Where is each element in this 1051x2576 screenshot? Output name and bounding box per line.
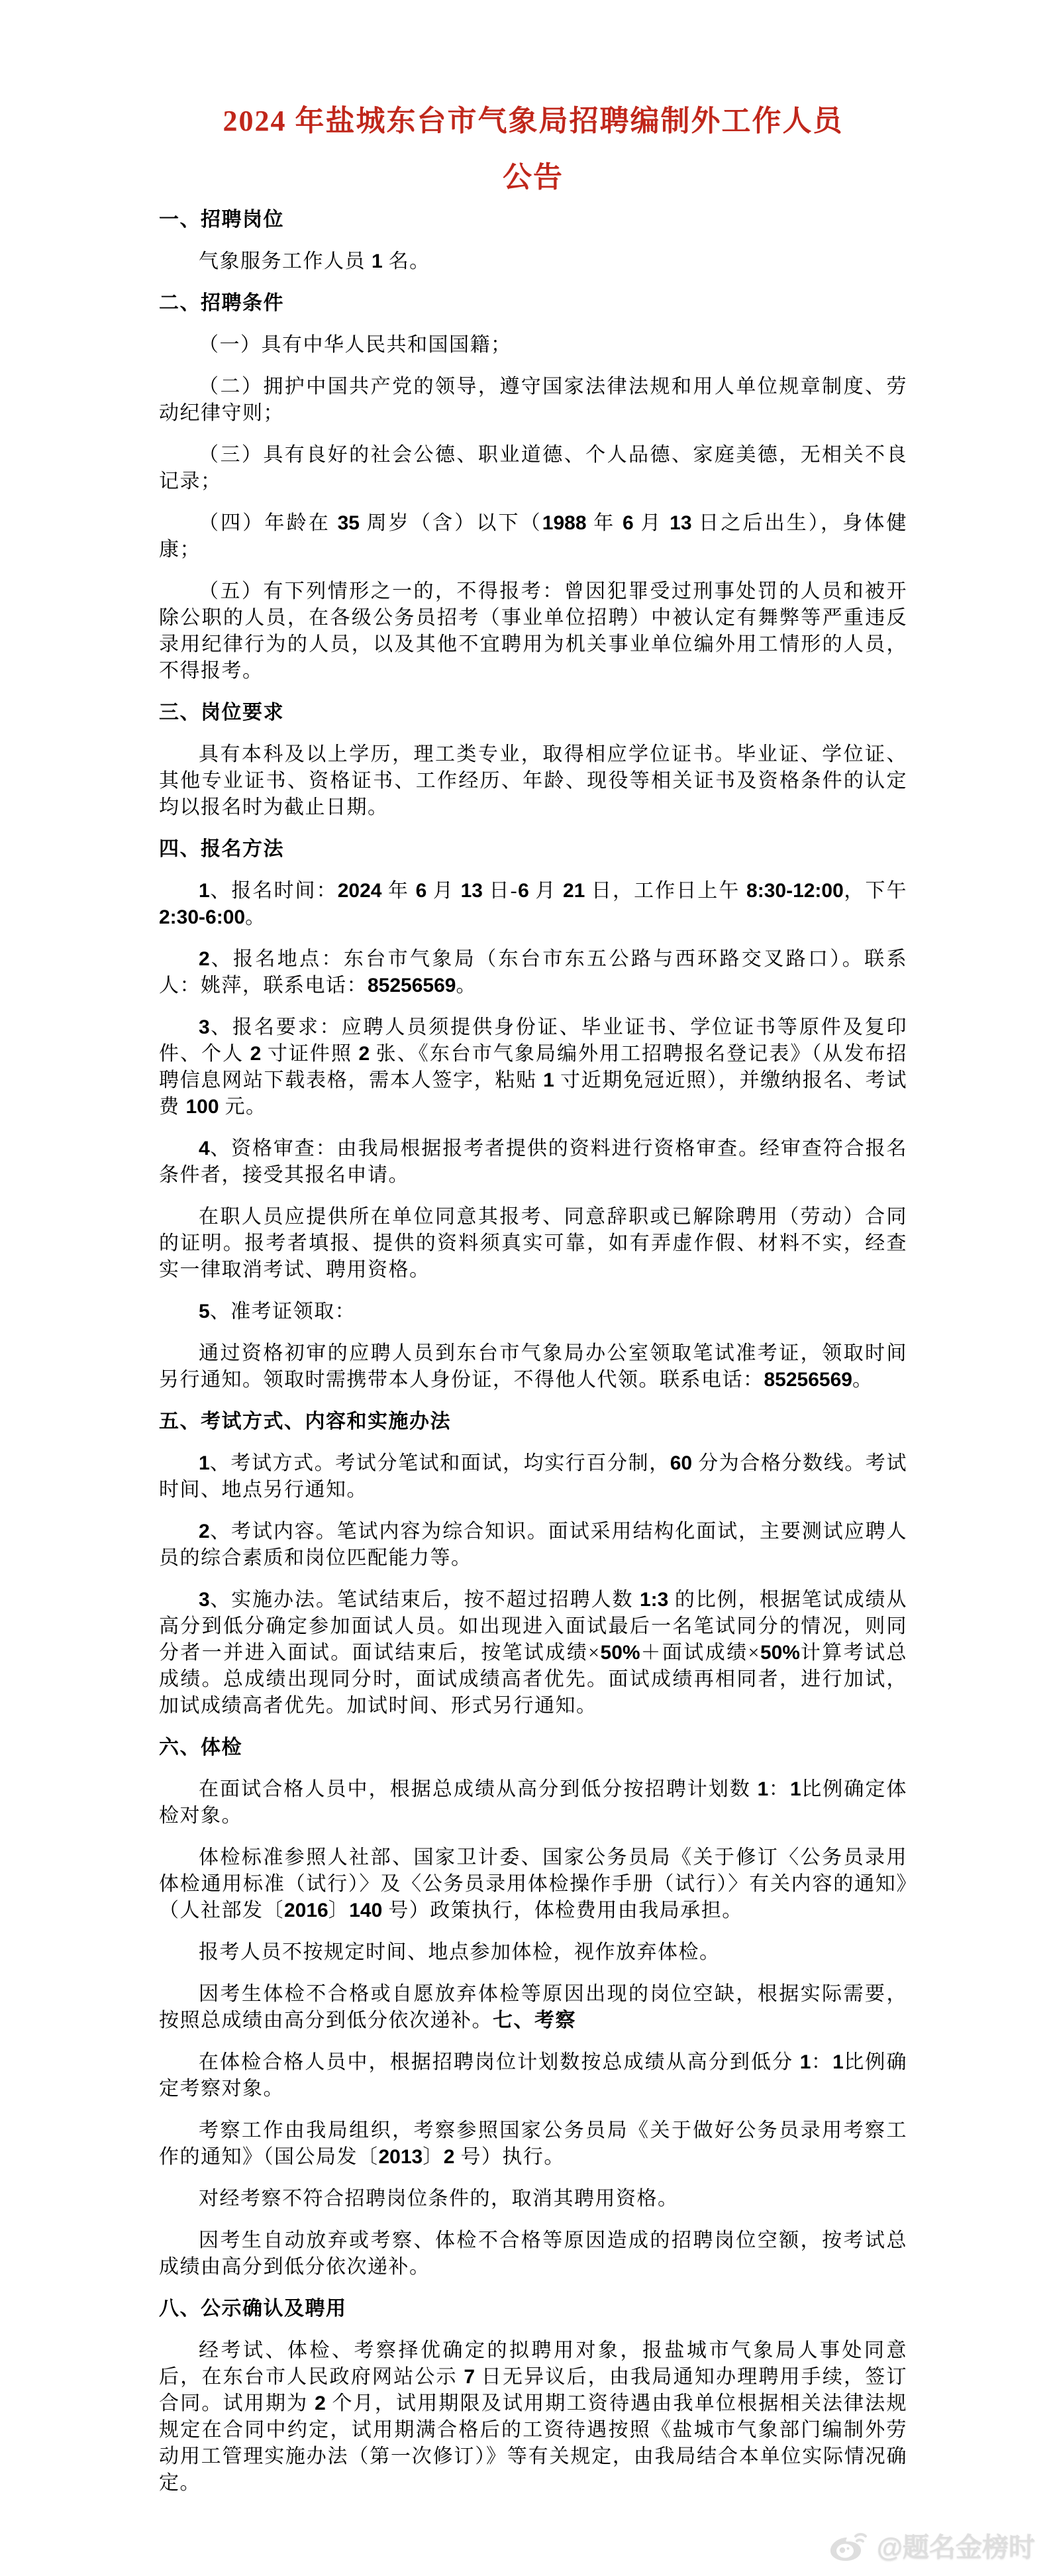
watermark-text: @题名金榜时 [877,2526,1035,2564]
paragraph: 5、准考证领取： [159,1299,907,1325]
weibo-icon [829,2528,870,2563]
section-heading: 六、体检 [159,1735,907,1761]
paragraph: 3、实施办法。笔试结束后，按不超过招聘人数 1:3 的比例，根据笔试成绩从高分到… [159,1587,907,1719]
page-title-line-1: 2024 年盐城东台市气象局招聘编制外工作人员 [159,93,907,149]
document: 2024 年盐城东台市气象局招聘编制外工作人员 公告 一、招聘岗位气象服务工作人… [159,93,907,2512]
paragraph: 4、资格审查：由我局根据报考者提供的资料进行资格审查。经审查符合报名条件者，接受… [159,1136,907,1189]
document-page: 2024 年盐城东台市气象局招聘编制外工作人员 公告 一、招聘岗位气象服务工作人… [0,0,1051,2576]
paragraph: 在体检合格人员中，根据招聘岗位计划数按总成绩从高分到低分 1：1比例确定考察对象… [159,2049,907,2102]
paragraph: 考察工作由我局组织，考察参照国家公务员局《关于做好公务员录用考察工作的通知》（国… [159,2118,907,2171]
paragraph: 因考生自动放弃或考察、体检不合格等原因造成的招聘岗位空额，按考试总成绩由高分到低… [159,2227,907,2281]
page-title: 2024 年盐城东台市气象局招聘编制外工作人员 公告 [159,93,907,205]
paragraph: 2、考试内容。笔试内容为综合知识。面试采用结构化面试，主要测试应聘人员的综合素质… [159,1519,907,1572]
paragraph: 在职人员应提供所在单位同意其报考、同意辞职或已解除聘用（劳动）合同的证明。报考者… [159,1204,907,1283]
paragraph: 1、报名时间：2024 年 6 月 13 日-6 月 21 日，工作日上午 8:… [159,878,907,931]
watermark: @题名金榜时 [829,2526,1035,2564]
document-body: 一、招聘岗位气象服务工作人员 1 名。二、招聘条件（一）具有中华人民共和国国籍；… [159,207,907,2496]
paragraph: 体检标准参照人社部、国家卫计委、国家公务员局《关于修订〈公务员录用体检通用标准（… [159,1845,907,1924]
section-heading: 三、岗位要求 [159,700,907,726]
section-heading: 二、招聘条件 [159,290,907,317]
paragraph: 2、报名地点：东台市气象局（东台市东五公路与西环路交叉路口）。联系人：姚萍，联系… [159,946,907,999]
paragraph: 具有本科及以上学历，理工类专业，取得相应学位证书。毕业证、学位证、其他专业证书、… [159,741,907,821]
paragraph: （五）有下列情形之一的，不得报考：曾因犯罪受过刑事处罚的人员和被开除公职的人员，… [159,578,907,684]
section-heading: 五、考试方式、内容和实施办法 [159,1409,907,1435]
paragraph: 气象服务工作人员 1 名。 [159,248,907,275]
paragraph: （三）具有良好的社会公德、职业道德、个人品德、家庭美德，无相关不良记录； [159,442,907,495]
section-heading: 四、报名方法 [159,836,907,863]
inline-section-heading: 七、考察 [493,2010,576,2031]
paragraph: 3、报名要求：应聘人员须提供身份证、毕业证书、学位证书等原件及复印件、个人 2 … [159,1014,907,1120]
paragraph: 在面试合格人员中，根据总成绩从高分到低分按招聘计划数 1：1比例确定体检对象。 [159,1776,907,1829]
paragraph: 通过资格初审的应聘人员到东台市气象局办公室领取笔试准考证，领取时间另行通知。领取… [159,1340,907,1393]
paragraph: 1、考试方式。考试分笔试和面试，均实行百分制，60 分为合格分数线。考试时间、地… [159,1450,907,1503]
paragraph: （一）具有中华人民共和国国籍； [159,332,907,358]
paragraph: 对经考察不符合招聘岗位条件的，取消其聘用资格。 [159,2186,907,2212]
paragraph: 报考人员不按规定时间、地点参加体检，视作放弃体检。 [159,1939,907,1966]
paragraph: （四）年龄在 35 周岁（含）以下（1988 年 6 月 13 日之后出生），身… [159,510,907,563]
section-heading: 八、公示确认及聘用 [159,2296,907,2322]
paragraph: （二）拥护中国共产党的领导，遵守国家法律法规和用人单位规章制度、劳动纪律守则； [159,374,907,427]
page-title-line-2: 公告 [159,149,907,205]
section-heading: 一、招聘岗位 [159,207,907,233]
paragraph: 经考试、体检、考察择优确定的拟聘用对象，报盐城市气象局人事处同意后，在东台市人民… [159,2337,907,2496]
paragraph: 因考生体检不合格或自愿放弃体检等原因出现的岗位空缺，根据实际需要，按照总成绩由高… [159,1981,907,2034]
